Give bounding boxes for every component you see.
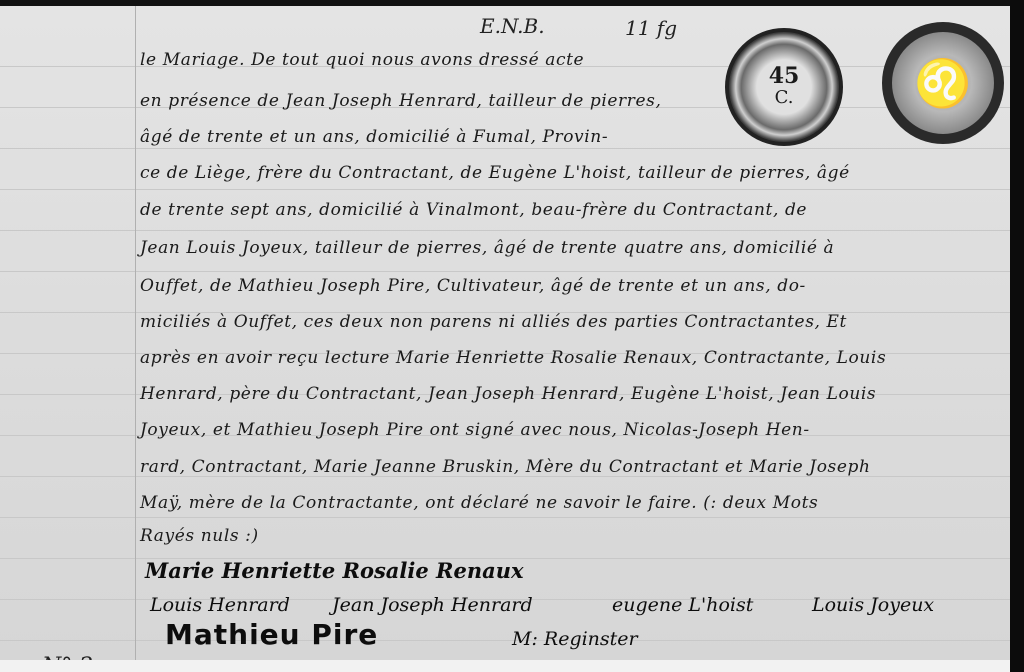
- lion-icon: ♌: [914, 60, 971, 106]
- record-line: de trente sept ans, domicilié à Vinalmon…: [140, 200, 807, 220]
- record-line: ce de Liège, frère du Contractant, de Eu…: [140, 163, 850, 183]
- lion-seal-stamp: ♌: [882, 22, 1004, 144]
- ruled-line: [0, 640, 1010, 641]
- signature-louis-henrard: Louis Henrard: [150, 594, 290, 616]
- ruled-line: [0, 189, 1010, 190]
- ruled-line: [0, 230, 1010, 231]
- register-page: E.N.B. 11 fg 45 C. ♌ le Mariage. De tout…: [0, 6, 1010, 672]
- signature-louis-joyeux: Louis Joyeux: [812, 594, 934, 616]
- folio-number: 11 fg: [625, 16, 677, 40]
- scan-right-border: [1010, 0, 1024, 672]
- ruled-line: [0, 148, 1010, 149]
- record-line: miciliés à Ouffet, ces deux non parens n…: [140, 312, 847, 332]
- next-page-edge: [0, 660, 1010, 672]
- record-line: Jean Louis Joyeux, tailleur de pierres, …: [140, 238, 834, 258]
- signature-jean-joseph-henrard: Jean Joseph Henrard: [332, 594, 533, 616]
- signature-eugene-lhoist: eugene L'hoist: [612, 594, 753, 616]
- record-line: âgé de trente et un ans, domicilié à Fum…: [140, 127, 608, 147]
- record-line: Ouffet, de Mathieu Joseph Pire, Cultivat…: [140, 276, 806, 296]
- ruled-line: [0, 517, 1010, 518]
- margin-rule: [135, 6, 136, 672]
- record-line: en présence de Jean Joseph Henrard, tail…: [140, 91, 661, 111]
- header-mark: E.N.B.: [480, 14, 545, 38]
- record-line: Maÿ, mère de la Contractante, ont déclar…: [140, 493, 818, 513]
- stamp-unit: C.: [775, 87, 794, 109]
- record-line: rard, Contractant, Marie Jeanne Bruskin,…: [140, 457, 871, 477]
- signature-bride: Marie Henriette Rosalie Renaux: [145, 558, 524, 583]
- record-line: après en avoir reçu lecture Marie Henrie…: [140, 348, 886, 368]
- record-line: Joyeux, et Mathieu Joseph Pire ont signé…: [140, 420, 810, 440]
- record-line: Henrard, père du Contractant, Jean Josep…: [140, 384, 876, 404]
- record-line: le Mariage. De tout quoi nous avons dres…: [140, 50, 584, 70]
- record-line: Rayés nuls :): [140, 526, 259, 546]
- fiscal-stamp: 45 C.: [725, 28, 843, 146]
- ruled-line: [0, 271, 1010, 272]
- stamp-value: 45: [769, 65, 800, 87]
- signature-mathieu-pire: Mathieu Pire: [165, 618, 378, 651]
- signature-officer-reginster: M: Reginster: [512, 628, 638, 650]
